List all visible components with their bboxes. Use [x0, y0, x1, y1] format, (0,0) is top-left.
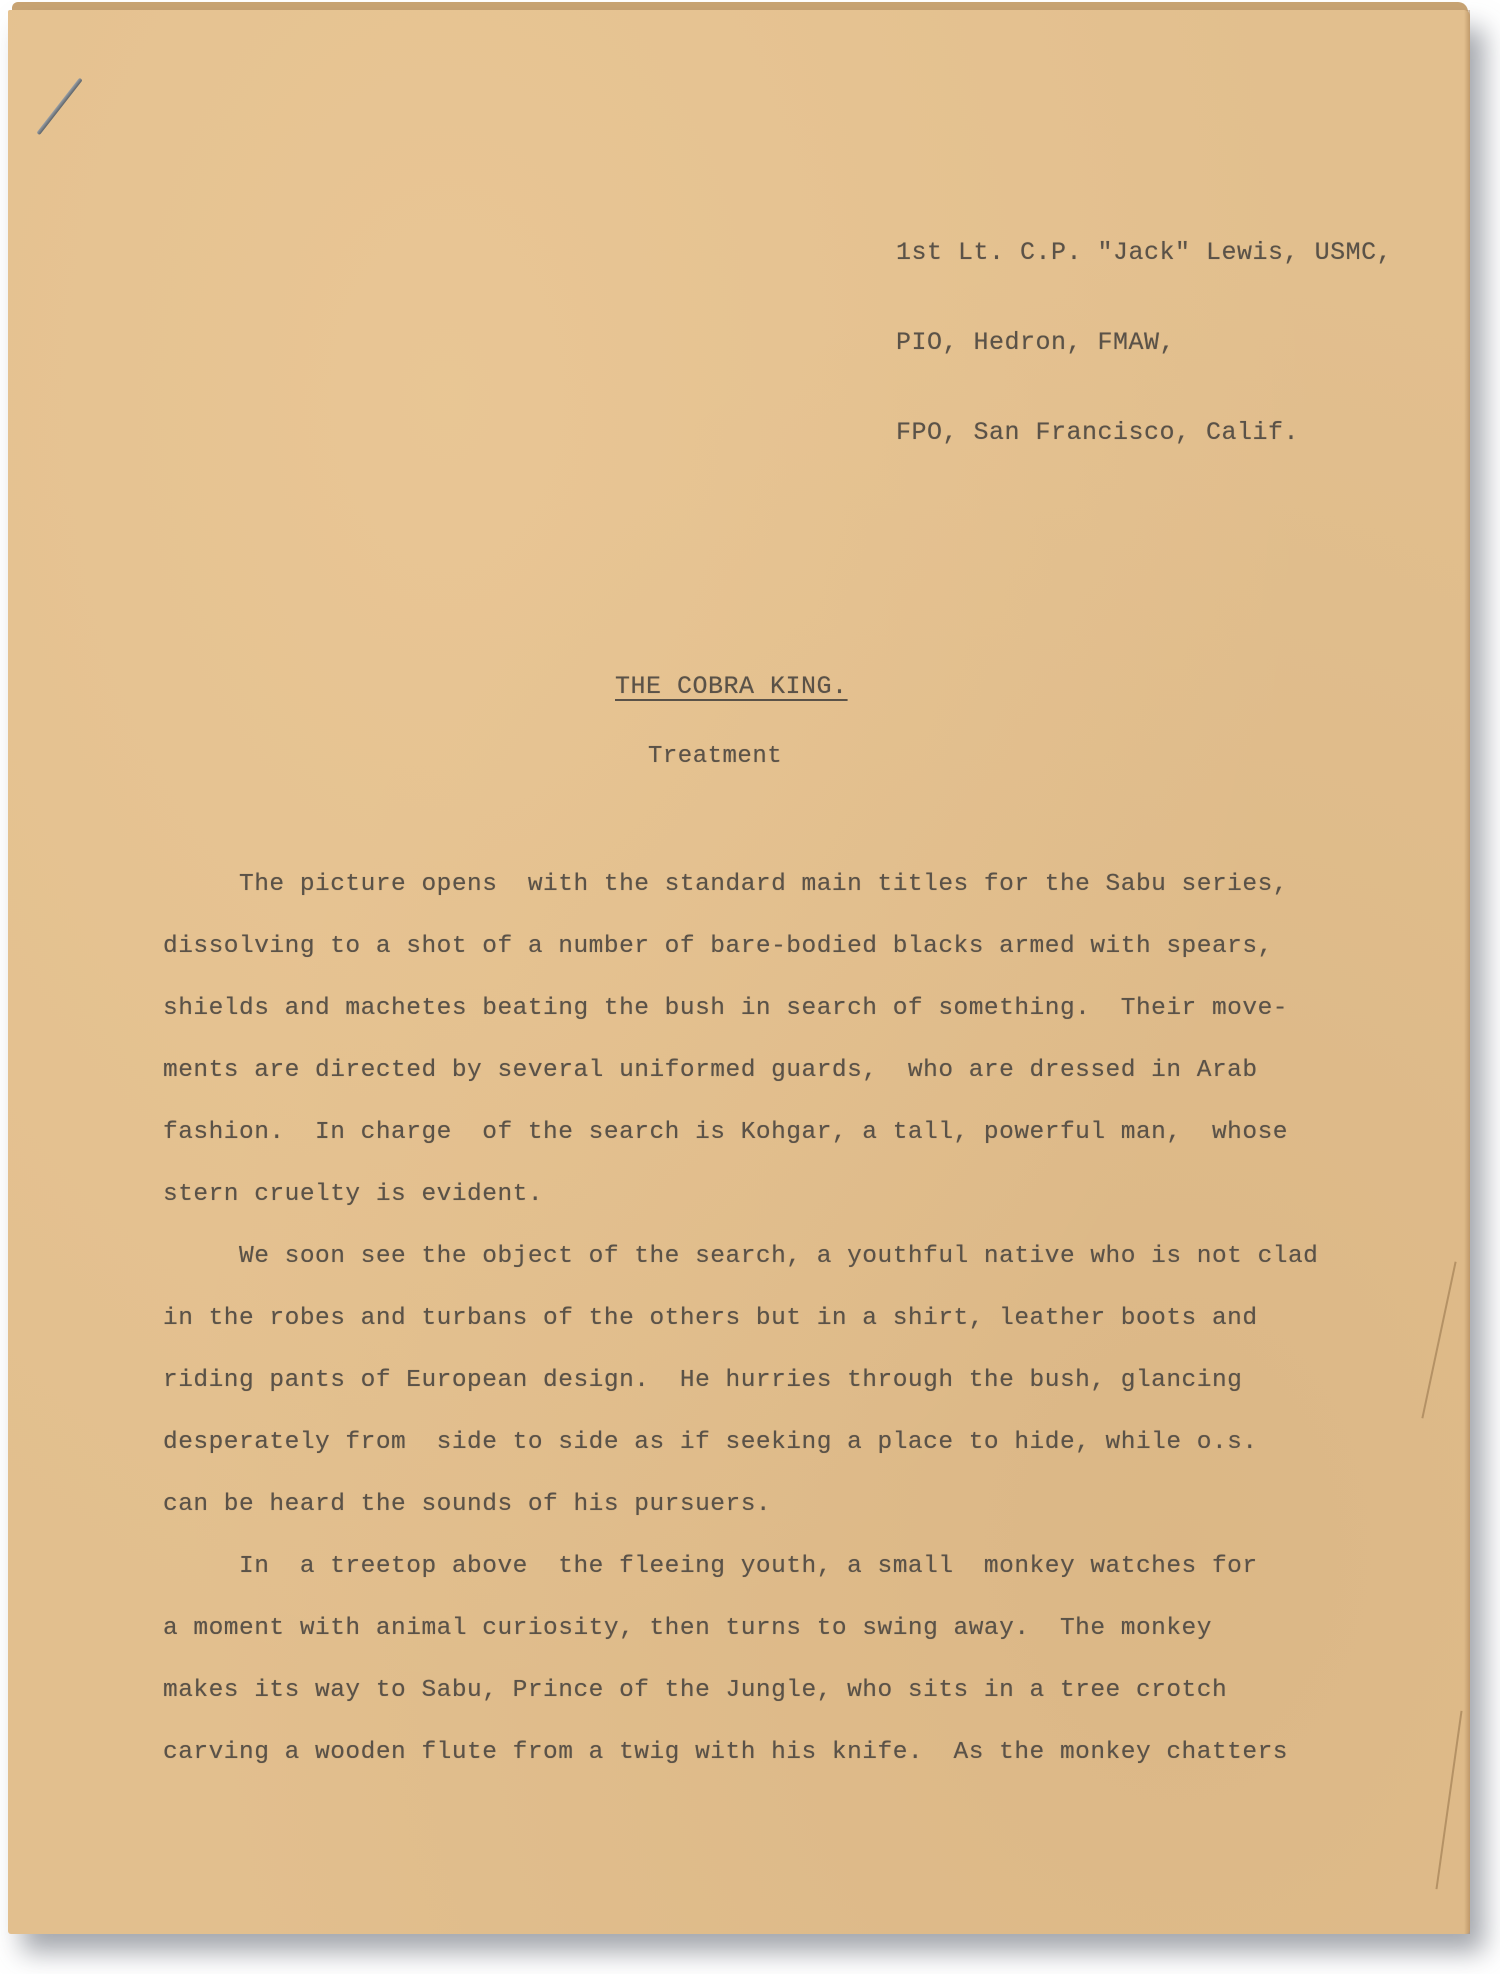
document-title: THE COBRA KING.: [615, 672, 848, 701]
treatment-body: The picture opens with the standard main…: [163, 870, 1363, 1800]
document-subtitle: Treatment: [648, 743, 782, 770]
address-line: PIO, Hedron, FMAW,: [896, 328, 1392, 358]
text-line: fashion. In charge of the search is Kohg…: [163, 1118, 1363, 1180]
text-line: in the robes and turbans of the others b…: [163, 1304, 1363, 1366]
text-line: shields and machetes beating the bush in…: [163, 994, 1363, 1056]
text-line: can be heard the sounds of his pursuers.: [163, 1490, 1363, 1552]
text-line: We soon see the object of the search, a …: [163, 1242, 1363, 1304]
paragraph: In a treetop above the fleeing youth, a …: [163, 1552, 1363, 1800]
text-line: desperately from side to side as if seek…: [163, 1428, 1363, 1490]
paragraph: We soon see the object of the search, a …: [163, 1242, 1363, 1552]
page-edge-shading: [1464, 10, 1470, 1934]
address-line: 1st Lt. C.P. "Jack" Lewis, USMC,: [896, 238, 1392, 268]
text-line: a moment with animal curiosity, then tur…: [163, 1614, 1363, 1676]
paragraph: The picture opens with the standard main…: [163, 870, 1363, 1242]
text-line: carving a wooden flute from a twig with …: [163, 1738, 1363, 1800]
address-line: FPO, San Francisco, Calif.: [896, 418, 1392, 448]
text-line: ments are directed by several uniformed …: [163, 1056, 1363, 1118]
sender-address-block: 1st Lt. C.P. "Jack" Lewis, USMC, PIO, He…: [896, 178, 1392, 508]
text-line: dissolving to a shot of a number of bare…: [163, 932, 1363, 994]
text-line: riding pants of European design. He hurr…: [163, 1366, 1363, 1428]
text-line: In a treetop above the fleeing youth, a …: [163, 1552, 1363, 1614]
text-line: The picture opens with the standard main…: [163, 870, 1363, 932]
paper-crease: [1421, 1262, 1456, 1419]
paper-crease: [1435, 1711, 1462, 1890]
text-line: makes its way to Sabu, Prince of the Jun…: [163, 1676, 1363, 1738]
staple-icon: [36, 78, 82, 136]
document-page: 1st Lt. C.P. "Jack" Lewis, USMC, PIO, He…: [8, 10, 1470, 1934]
text-line: stern cruelty is evident.: [163, 1180, 1363, 1242]
